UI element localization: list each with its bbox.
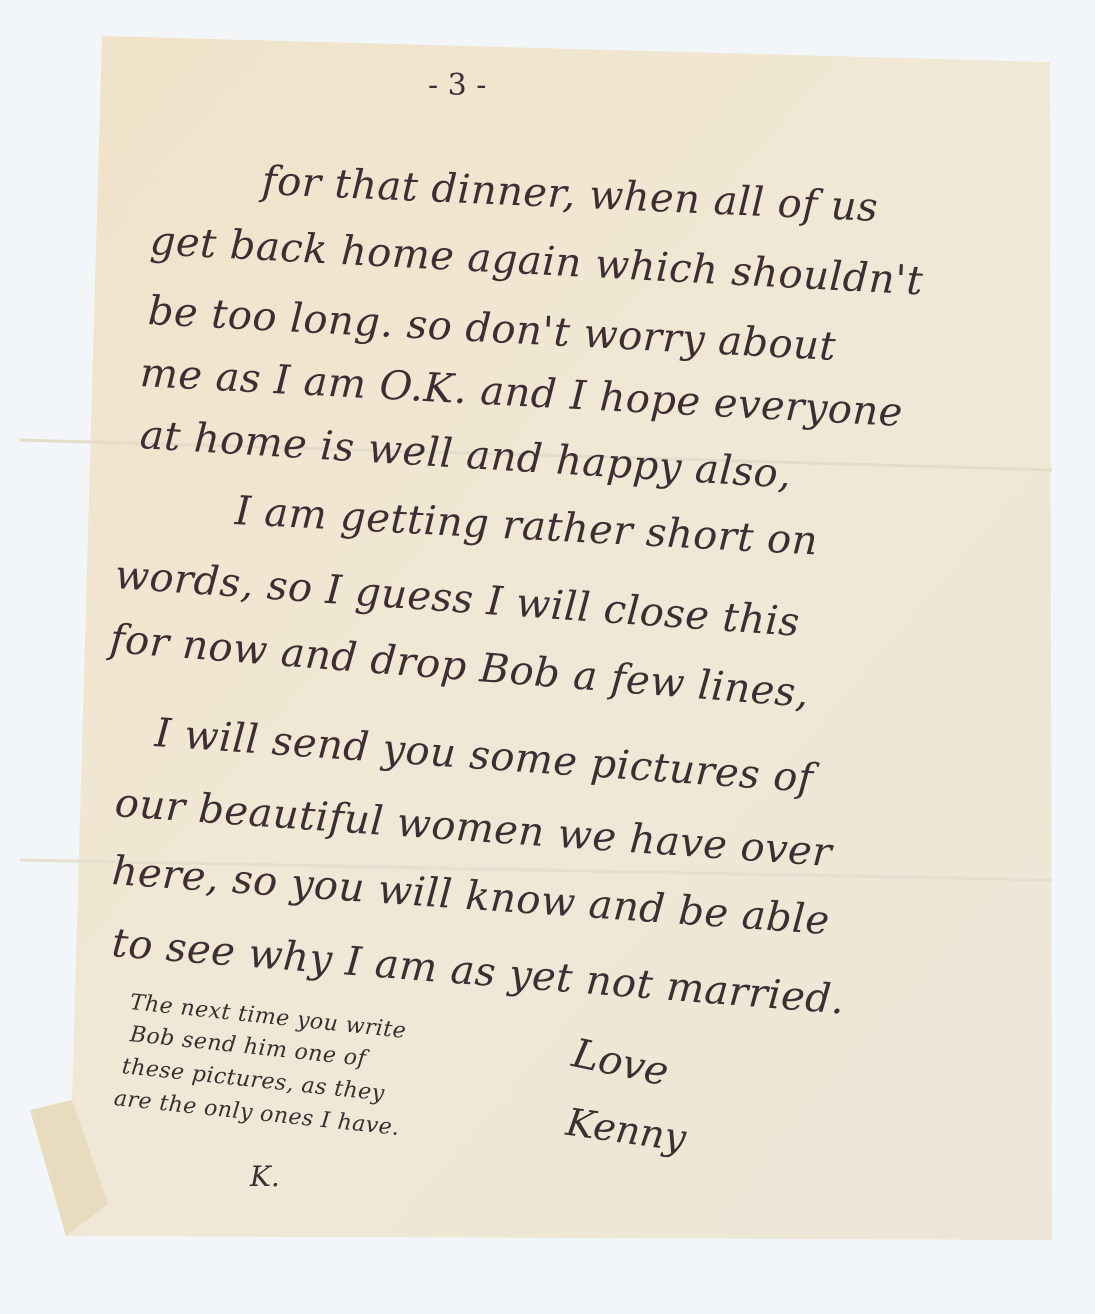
- page-number: - 3 -: [428, 68, 486, 103]
- letter-page: - 3 - for that dinner, when all of us ge…: [0, 0, 1095, 1314]
- postscript-initial: K.: [250, 1160, 280, 1193]
